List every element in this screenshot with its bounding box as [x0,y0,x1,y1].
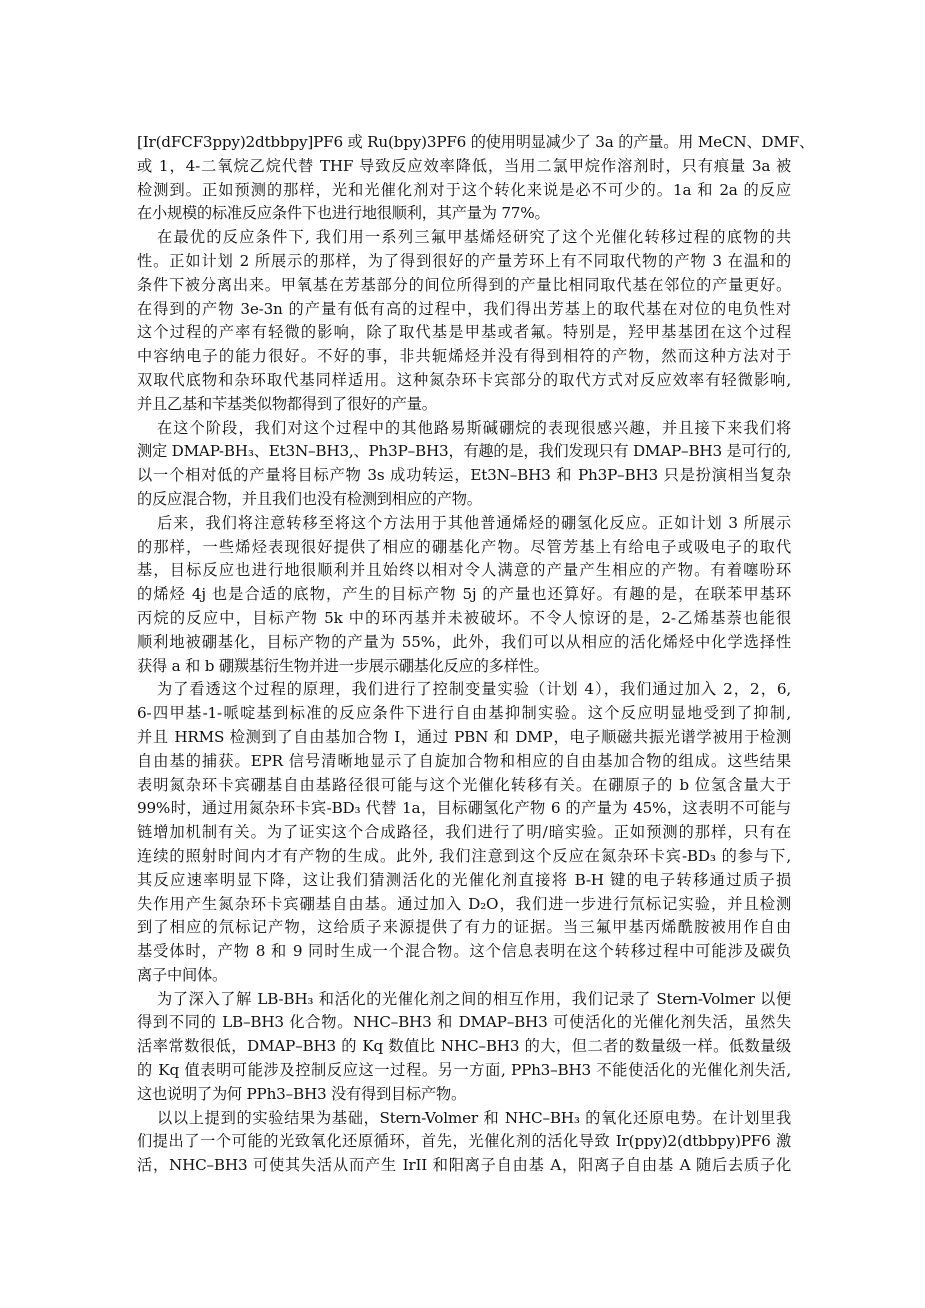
text-line: 失作用产生氮杂环卡宾硼基自由基。通过加入 D₂O，我们进一步进行氘标记实验，并且… [137,893,791,917]
text-line: 在得到的产物 3e-3n 的产量有低有高的过程中，我们得出芳基上的取代基在对位的… [137,298,791,322]
text-line: 并且 HRMS 检测到了自由基加合物 I，通过 PBN 和 DMP，电子顺磁共振… [137,726,791,750]
text-line: 6-四甲基-1-哌啶基到标准的反应条件下进行自由基抑制实验。这个反应明显地受到了… [137,702,791,726]
paragraph-6: 为了深入了解 LB-BH₃ 和活化的光催化剂之间的相互作用，我们记录了 Ster… [137,988,791,1107]
text-line: 顺利地被硼基化，目标产物的产量为 55%，此外，我们可以从相应的活化烯烃中化学选… [137,631,791,655]
paragraph-7: 以以上提到的实验结果为基础，Stern-Volmer 和 NHC–BH₃ 的氧化… [137,1107,791,1178]
text-line: 在这个阶段，我们对这个过程中的其他路易斯碱硼烷的表现很感兴趣，并且接下来我们将 [137,417,791,441]
text-line: 检测到。正如预测的那样，光和光催化剂对于这个转化来说是必不可少的。1a 和 2a… [137,179,791,203]
text-line: 活，NHC–BH3 可使其失活从而产生 IrII 和阳离子自由基 A，阳离子自由… [137,1154,791,1178]
text-line: [Ir(dFCF3ppy)2dtbbpy]PF6 或 Ru(bpy)3PF6 的… [137,131,791,155]
text-line: 中容纳电子的能力很好。不好的事，非共轭烯烃并没有得到相符的产物，然而这种方法对于 [137,345,791,369]
text-line: 在小规模的标准反应条件下也进行地很顺利，其产量为 77%。 [137,202,791,226]
text-line: 们提出了一个可能的光致氧化还原循环，首先，光催化剂的活化导致 Ir(ppy)2(… [137,1130,791,1154]
text-line: 在最优的反应条件下, 我们用一系列三氟甲基烯烃研究了这个光催化转移过程的底物的共 [137,226,791,250]
text-line: 丙烷的反应中，目标产物 5k 中的环丙基并未被破坏。不令人惊讶的是，2-乙烯基萘… [137,607,791,631]
text-line: 的 Kq 值表明可能涉及控制反应这一过程。另一方面, PPh3–BH3 不能使活… [137,1059,791,1083]
text-line: 并且乙基和苄基类似物都得到了很好的产量。 [137,393,791,417]
text-line: 得到不同的 LB–BH3 化合物。NHC–BH3 和 DMAP–BH3 可使活化… [137,1011,791,1035]
text-line: 这个过程的产率有轻微的影响，除了取代基是甲基或者氟。特别是，羟甲基基团在这个过程 [137,321,791,345]
text-line: 的反应混合物，并且我们也没有检测到相应的产物。 [137,488,791,512]
text-line: 这也说明了为何 PPh3–BH3 没有得到目标产物。 [137,1083,791,1107]
text-line: 活率常数很低，DMAP–BH3 的 Kq 数值比 NHC–BH3 的大，但二者的… [137,1035,791,1059]
paragraph-3: 在这个阶段，我们对这个过程中的其他路易斯碱硼烷的表现很感兴趣，并且接下来我们将 … [137,417,791,512]
text-line: 后来，我们将注意转移至将这个方法用于其他普通烯烃的硼氢化反应。正如计划 3 所展… [137,512,791,536]
text-line: 基受体时，产物 8 和 9 同时生成一个混合物。这个信息表明在这个转移过程中可能… [137,940,791,964]
text-line: 或 1，4-二氧烷乙烷代替 THF 导致反应效率降低，当用二氯甲烷作溶剂时，只有… [137,155,791,179]
paragraph-2: 在最优的反应条件下, 我们用一系列三氟甲基烯烃研究了这个光催化转移过程的底物的共… [137,226,791,416]
text-line: 性。正如计划 2 所展示的那样，为了得到很好的产量芳环上有不同取代物的产物 3 … [137,250,791,274]
text-line: 的烯烃 4j 也是合适的底物，产生的目标产物 5j 的产量也还算好。有趣的是，在… [137,583,791,607]
text-line: 以一个相对低的产量将目标产物 3s 成功转运，Et3N–BH3 和 Ph3P–B… [137,464,791,488]
text-line: 获得 a 和 b 硼羰基衍生物并进一步展示硼基化反应的多样性。 [137,655,791,679]
text-line: 离子中间体。 [137,964,791,988]
text-line: 测定 DMAP-BH₃、Et3N–BH3,、Ph3P–BH3，有趣的是，我们发现… [137,440,791,464]
text-line: 到了相应的氘标记产物，这给质子来源提供了有力的证据。当三氟甲基丙烯酰胺被用作自由 [137,916,791,940]
text-line: 其反应速率明显下降，这让我们猜测活化的光催化剂直接将 B-H 键的电子转移通过质… [137,869,791,893]
text-line: 为了深入了解 LB-BH₃ 和活化的光催化剂之间的相互作用，我们记录了 Ster… [137,988,791,1012]
text-line: 为了看透这个过程的原理，我们进行了控制变量实验（计划 4），我们通过加入 2，2… [137,678,791,702]
paragraph-1: [Ir(dFCF3ppy)2dtbbpy]PF6 或 Ru(bpy)3PF6 的… [137,131,791,226]
text-line: 99%时，通过用氮杂环卡宾-BD₃ 代替 1a，目标硼氢化产物 6 的产量为 4… [137,797,791,821]
text-line: 连续的照射时间内才有产物的生成。此外, 我们注意到这个反应在氮杂环卡宾-BD₃ … [137,845,791,869]
text-line: 链增加机制有关。为了证实这个合成路径，我们进行了明/暗实验。正如预测的那样，只有… [137,821,791,845]
paragraph-4: 后来，我们将注意转移至将这个方法用于其他普通烯烃的硼氢化反应。正如计划 3 所展… [137,512,791,679]
paragraph-5: 为了看透这个过程的原理，我们进行了控制变量实验（计划 4），我们通过加入 2，2… [137,678,791,987]
document-page: [Ir(dFCF3ppy)2dtbbpy]PF6 或 Ru(bpy)3PF6 的… [137,131,791,1178]
text-line: 条件下被分离出来。甲氧基在芳基部分的间位所得到的产量比相同取代基在邻位的产量更好… [137,274,791,298]
text-line: 自由基的捕获。EPR 信号清晰地显示了自旋加合物和相应的自由基加合物的组成。这些… [137,750,791,774]
text-line: 双取代底物和杂环取代基同样适用。这种氮杂环卡宾部分的取代方式对反应效率有轻微影响… [137,369,791,393]
text-line: 基，目标反应也进行地很顺利并且始终以相对令人满意的产量产生相应的产物。有着噻吩环 [137,559,791,583]
text-line: 表明氮杂环卡宾硼基自由基路径很可能与这个光催化转移有关。在硼原子的 b 位氢含量… [137,774,791,798]
text-line: 的那样，一些烯烃表现很好提供了相应的硼基化产物。尽管芳基上有给电子或吸电子的取代 [137,536,791,560]
text-line: 以以上提到的实验结果为基础，Stern-Volmer 和 NHC–BH₃ 的氧化… [137,1107,791,1131]
